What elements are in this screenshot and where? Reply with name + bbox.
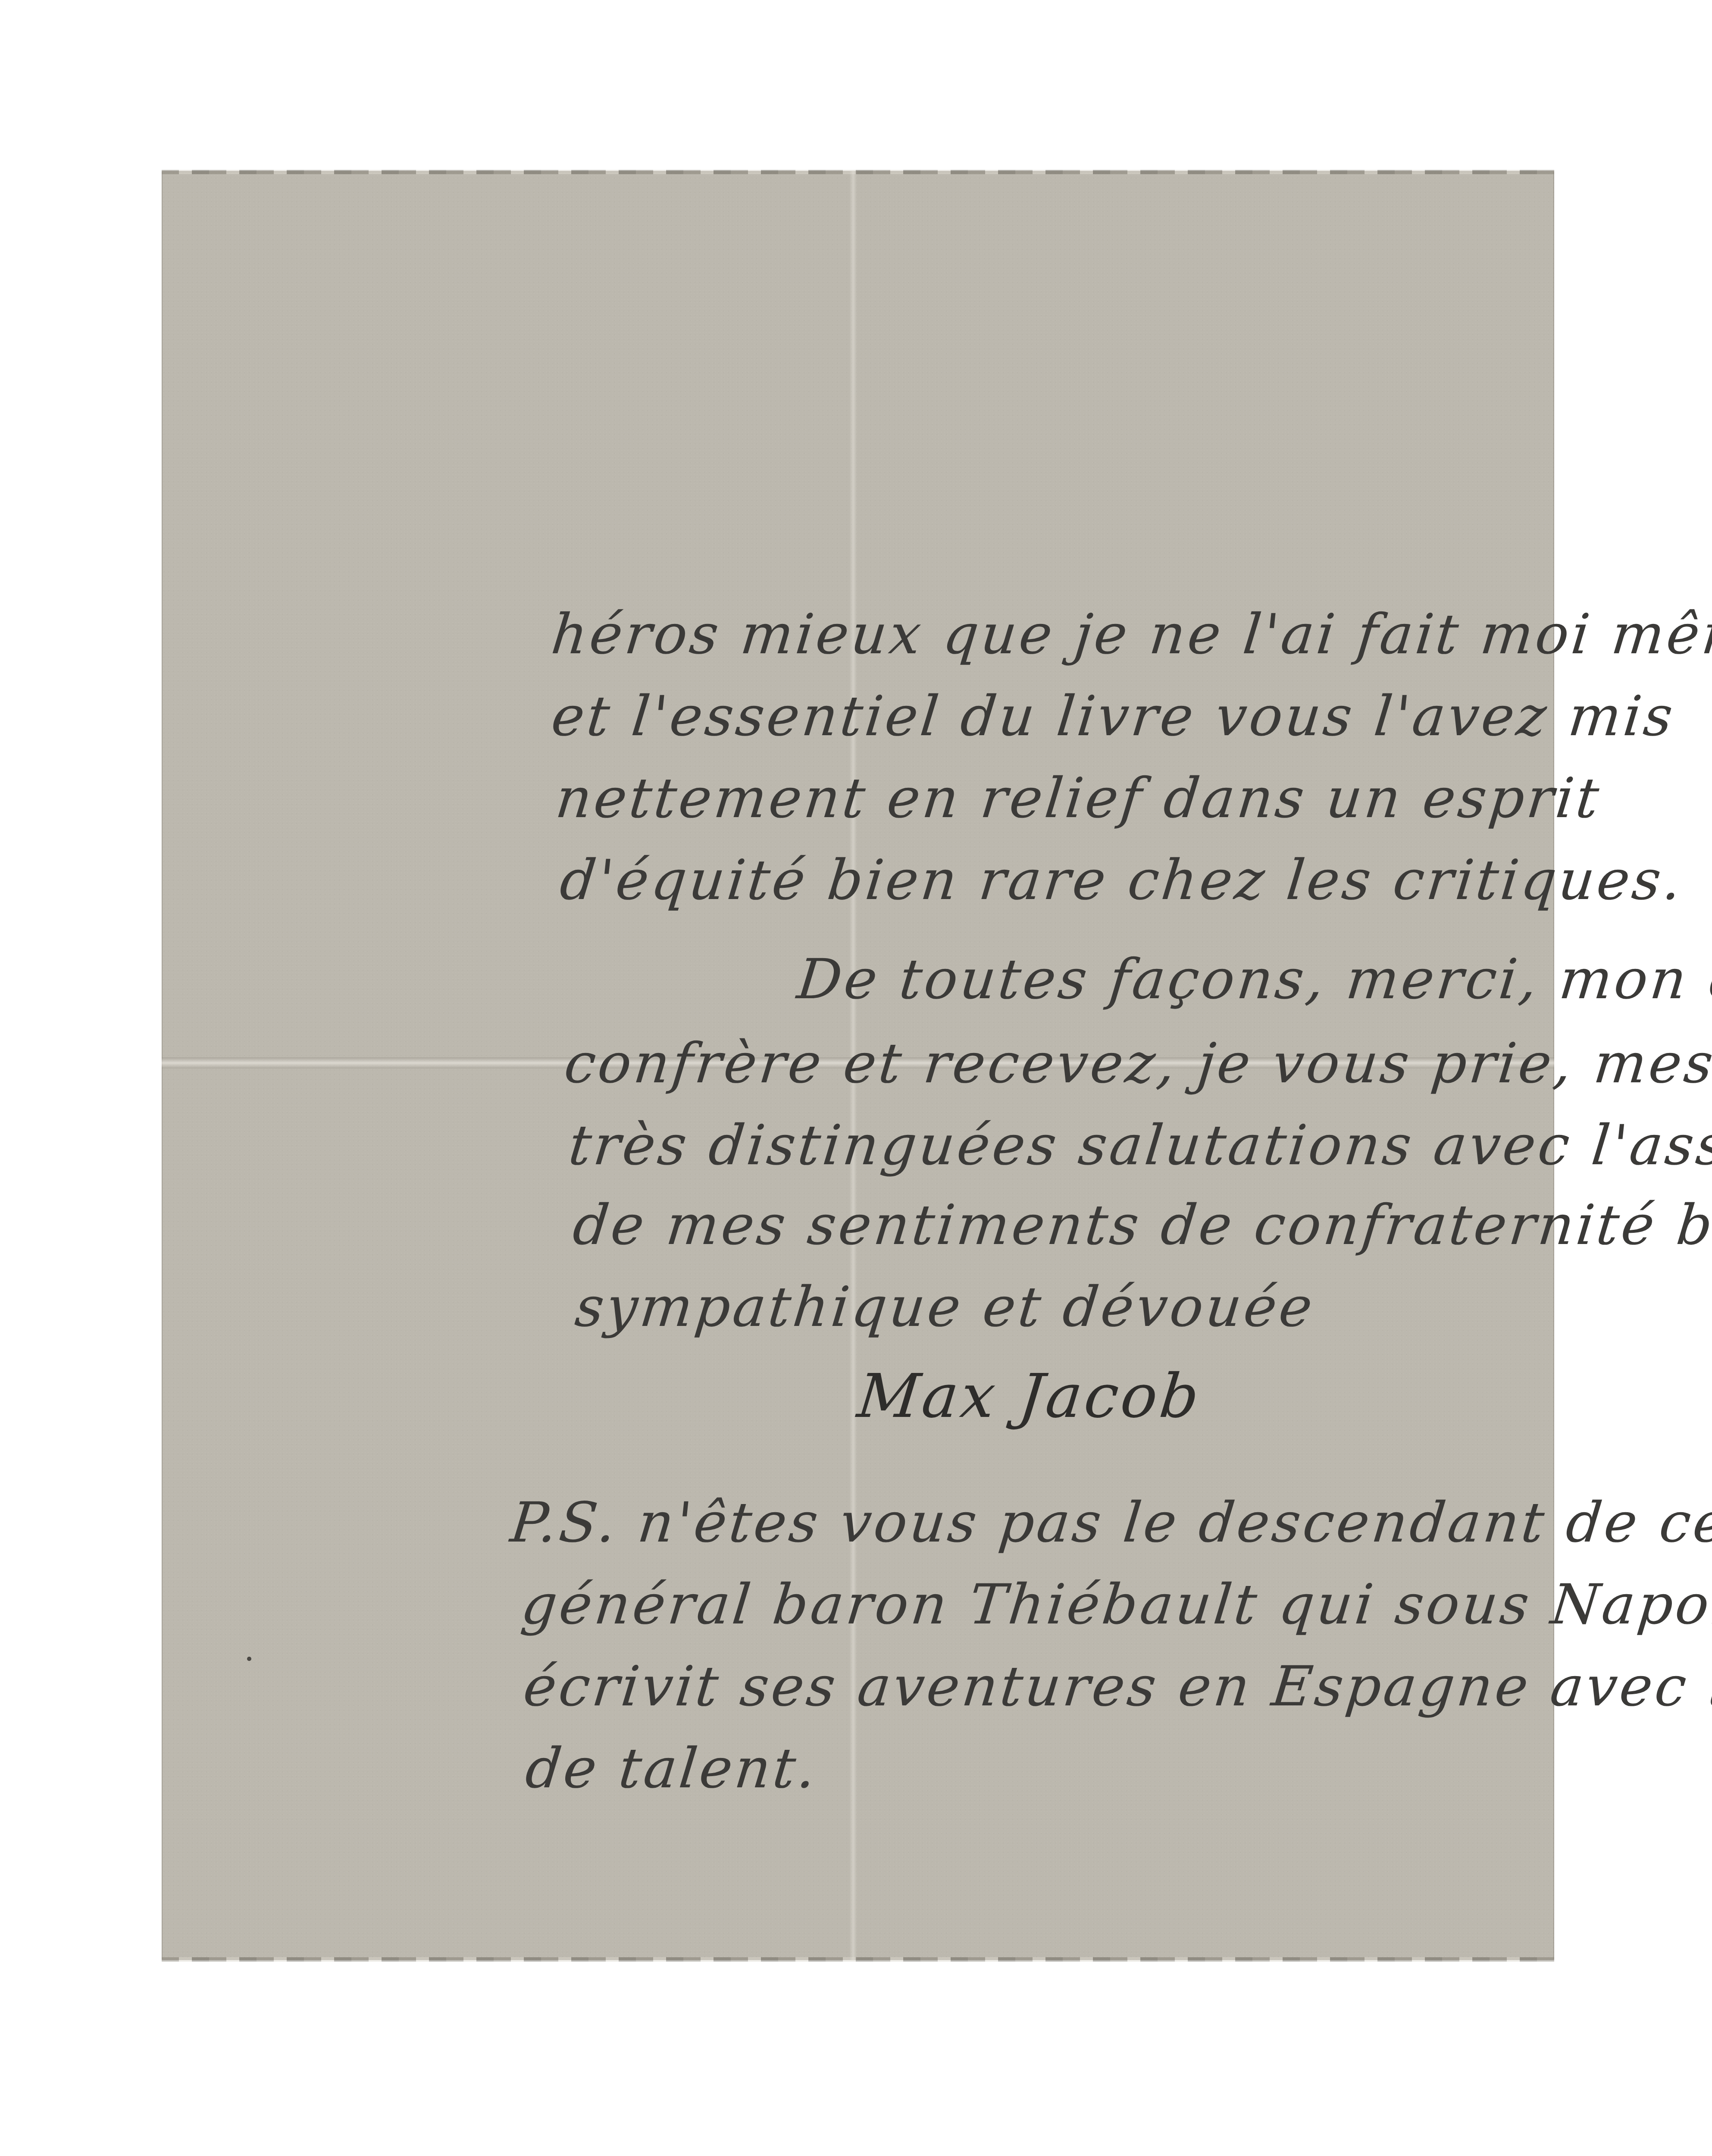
letter-sheet: héros mieux que je ne l'ai fait moi même… [162, 171, 1554, 1960]
postscript-line-2: général baron Thiébault qui sous Napoléo… [518, 1573, 1712, 1637]
body-line-6: confrère et recevez, je vous prie, mes [561, 1031, 1712, 1096]
body-line-8: de mes sentiments de confraternité bien [570, 1193, 1712, 1257]
postscript-line-3: écrivit ses aventures en Espagne avec ta… [520, 1655, 1712, 1719]
signature: Max Jacob [854, 1361, 1205, 1432]
deckled-top-edge [162, 170, 1554, 174]
body-line-3: nettement en relief dans un esprit [553, 766, 1604, 830]
body-line-9: sympathique et dévouée [572, 1275, 1318, 1339]
ink-speck [247, 1657, 251, 1661]
body-line-2: et l'essentiel du livre vous l'avez mis [548, 684, 1678, 749]
body-line-4: d'équité bien rare chez les critiques. [557, 848, 1687, 912]
deckled-bottom-edge [162, 1957, 1554, 1962]
body-line-5: De toutes façons, merci, mon cher [794, 947, 1712, 1012]
postscript-line-4: de talent. [523, 1736, 821, 1801]
body-line-7: très distinguées salutations avec l'assu… [566, 1113, 1712, 1178]
body-line-1: héros mieux que je ne l'ai fait moi même [548, 602, 1712, 667]
postscript-line-1: P.S. n'êtes vous pas le descendant de ce [507, 1491, 1712, 1555]
